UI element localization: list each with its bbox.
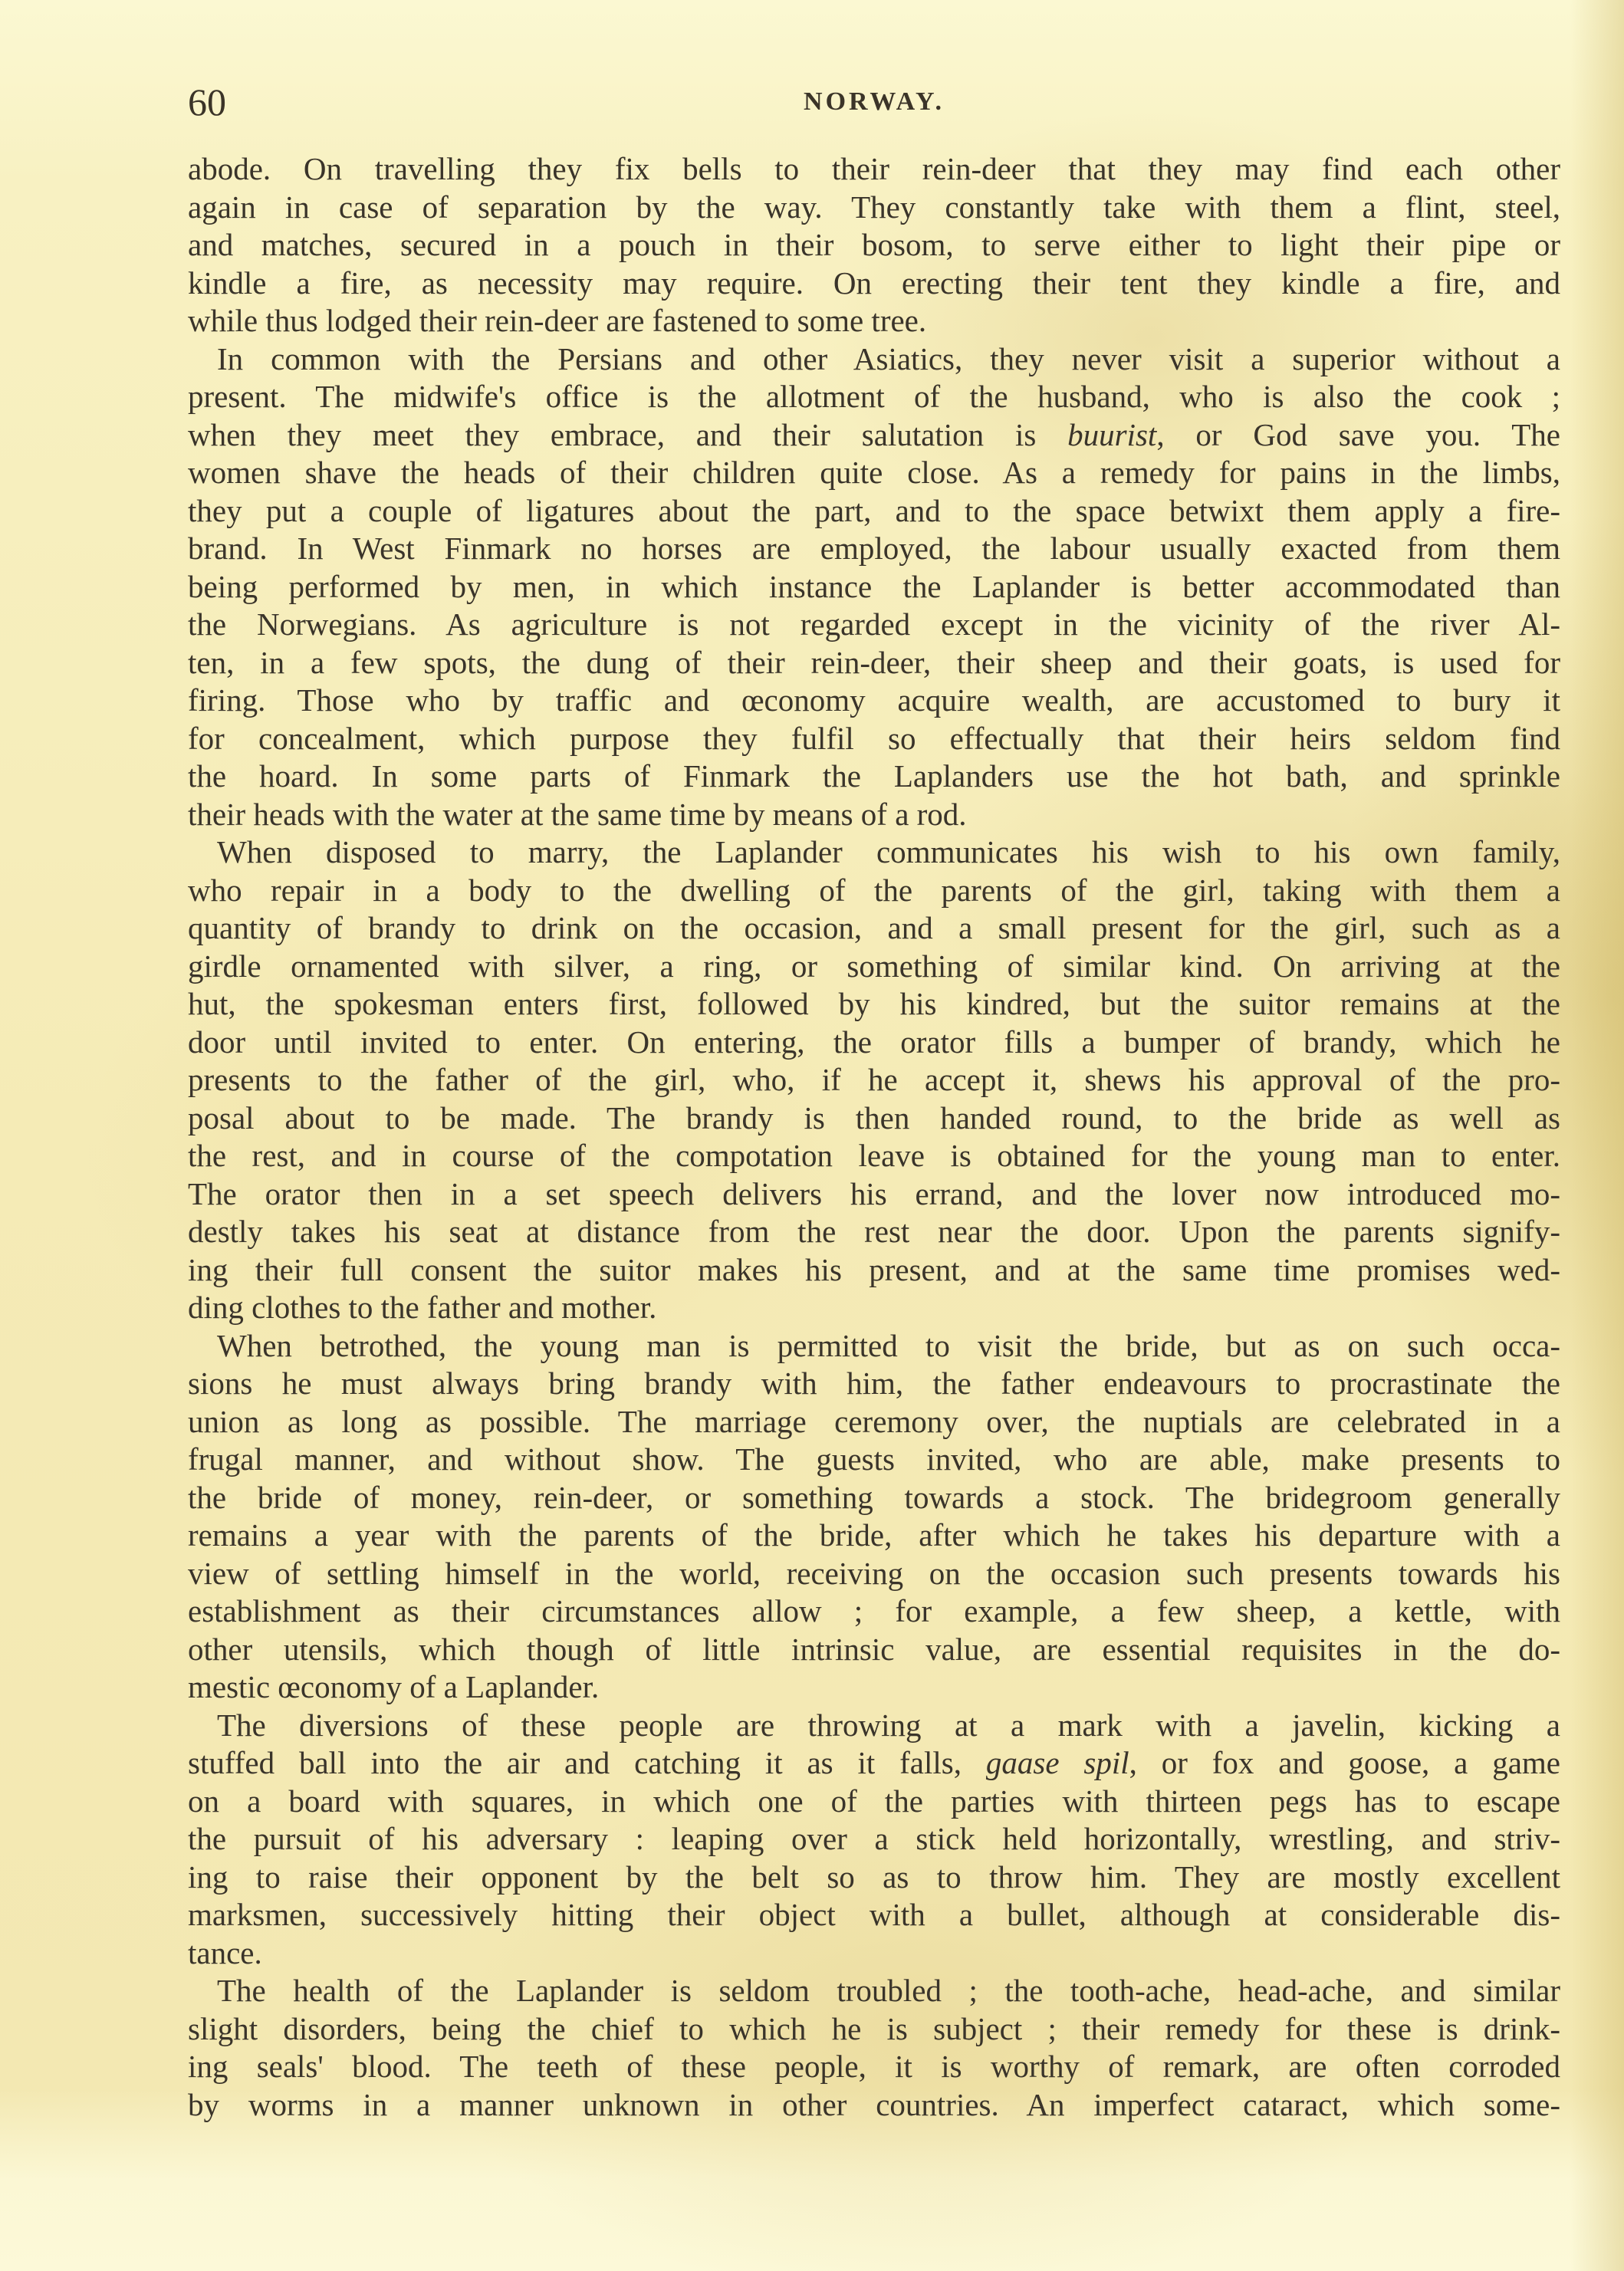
text-line: the bride of money, rein-deer, or someth… (188, 1479, 1560, 1517)
text-line: the Norwegians. As agriculture is not re… (188, 606, 1560, 644)
page-header: 60 NORWAY. (188, 79, 1560, 125)
text-line: slight disorders, being the chief to whi… (188, 2010, 1560, 2049)
text-line: posal about to be made. The brandy is th… (188, 1099, 1560, 1138)
text-line: quantity of brandy to drink on the occas… (188, 909, 1560, 948)
text-line: girdle ornamented with silver, a ring, o… (188, 948, 1560, 986)
text-line: they put a couple of ligatures about the… (188, 492, 1560, 531)
text-line: union as long as possible. The marriage … (188, 1403, 1560, 1441)
text-line: presents to the father of the girl, who,… (188, 1061, 1560, 1099)
text-line: ten, in a few spots, the dung of their r… (188, 644, 1560, 682)
text-line: door until invited to enter. On entering… (188, 1024, 1560, 1062)
text-line: The orator then in a set speech delivers… (188, 1175, 1560, 1214)
text-line: on a board with squares, in which one of… (188, 1783, 1560, 1821)
page-edge-stain (1570, 0, 1624, 2271)
text-line: again in case of separation by the way. … (188, 189, 1560, 227)
italic-term: buurist (1067, 417, 1156, 452)
text-line: sions he must always bring brandy with h… (188, 1365, 1560, 1403)
text-line: destly takes his seat at distance from t… (188, 1213, 1560, 1251)
text-line: other utensils, which though of little i… (188, 1631, 1560, 1669)
text-line: by worms in a manner unknown in other co… (188, 2086, 1560, 2125)
text-line: present. The midwife's office is the all… (188, 378, 1560, 416)
text-line: firing. Those who by traffic and œconomy… (188, 682, 1560, 720)
text-line: kindle a fire, as necessity may require.… (188, 265, 1560, 303)
text-line: the hoard. In some parts of Finmark the … (188, 758, 1560, 796)
body-text: abode. On travelling they fix bells to t… (188, 150, 1560, 2124)
text-line: mestic œconomy of a Laplander. (188, 1668, 1560, 1707)
text-line: who repair in a body to the dwelling of … (188, 872, 1560, 910)
paragraph: When disposed to marry, the Laplander co… (188, 833, 1560, 1327)
text-line: The health of the Laplander is seldom tr… (188, 1972, 1560, 2010)
text-line: hut, the spokesman enters first, followe… (188, 985, 1560, 1024)
running-head: NORWAY. (188, 79, 1560, 125)
paragraph: The health of the Laplander is seldom tr… (188, 1972, 1560, 2124)
paragraph: The diversions of these people are throw… (188, 1707, 1560, 1973)
text-line: for concealment, which purpose they fulf… (188, 720, 1560, 758)
text-line: women shave the heads of their children … (188, 454, 1560, 492)
paragraph: abode. On travelling they fix bells to t… (188, 150, 1560, 340)
text-line: stuffed ball into the air and catching i… (188, 1744, 1560, 1783)
text-line: frugal manner, and without show. The gue… (188, 1441, 1560, 1479)
text-line: tance. (188, 1934, 1560, 1973)
text-line: the rest, and in course of the compotati… (188, 1137, 1560, 1175)
paragraph: In common with the Persians and other As… (188, 340, 1560, 834)
text-line: When betrothed, the young man is permitt… (188, 1327, 1560, 1366)
text-line: marksmen, successively hitting their obj… (188, 1896, 1560, 1934)
text-line: ing to raise their opponent by the belt … (188, 1859, 1560, 1897)
text-line: establishment as their circumstances all… (188, 1592, 1560, 1631)
text-line: The diversions of these people are throw… (188, 1707, 1560, 1745)
text-line: their heads with the water at the same t… (188, 796, 1560, 834)
text-line: view of settling himself in the world, r… (188, 1555, 1560, 1593)
text-line: and matches, secured in a pouch in their… (188, 226, 1560, 265)
text-line: ing their full consent the suitor makes … (188, 1251, 1560, 1290)
text-line: ding clothes to the father and mother. (188, 1289, 1560, 1327)
text-line: In common with the Persians and other As… (188, 340, 1560, 379)
text-line: abode. On travelling they fix bells to t… (188, 150, 1560, 189)
text-line: being performed by men, in which instanc… (188, 568, 1560, 606)
text-line: ing seals' blood. The teeth of these peo… (188, 2048, 1560, 2086)
text-line: When disposed to marry, the Laplander co… (188, 833, 1560, 872)
text-line: while thus lodged their rein-deer are fa… (188, 302, 1560, 340)
text-line: remains a year with the parents of the b… (188, 1517, 1560, 1555)
italic-term: gaase spil (986, 1745, 1129, 1780)
text-line: when they meet they embrace, and their s… (188, 416, 1560, 455)
text-line: brand. In West Finmark no horses are emp… (188, 530, 1560, 568)
text-line: the pursuit of his adversary : leaping o… (188, 1820, 1560, 1859)
paragraph: When betrothed, the young man is permitt… (188, 1327, 1560, 1707)
